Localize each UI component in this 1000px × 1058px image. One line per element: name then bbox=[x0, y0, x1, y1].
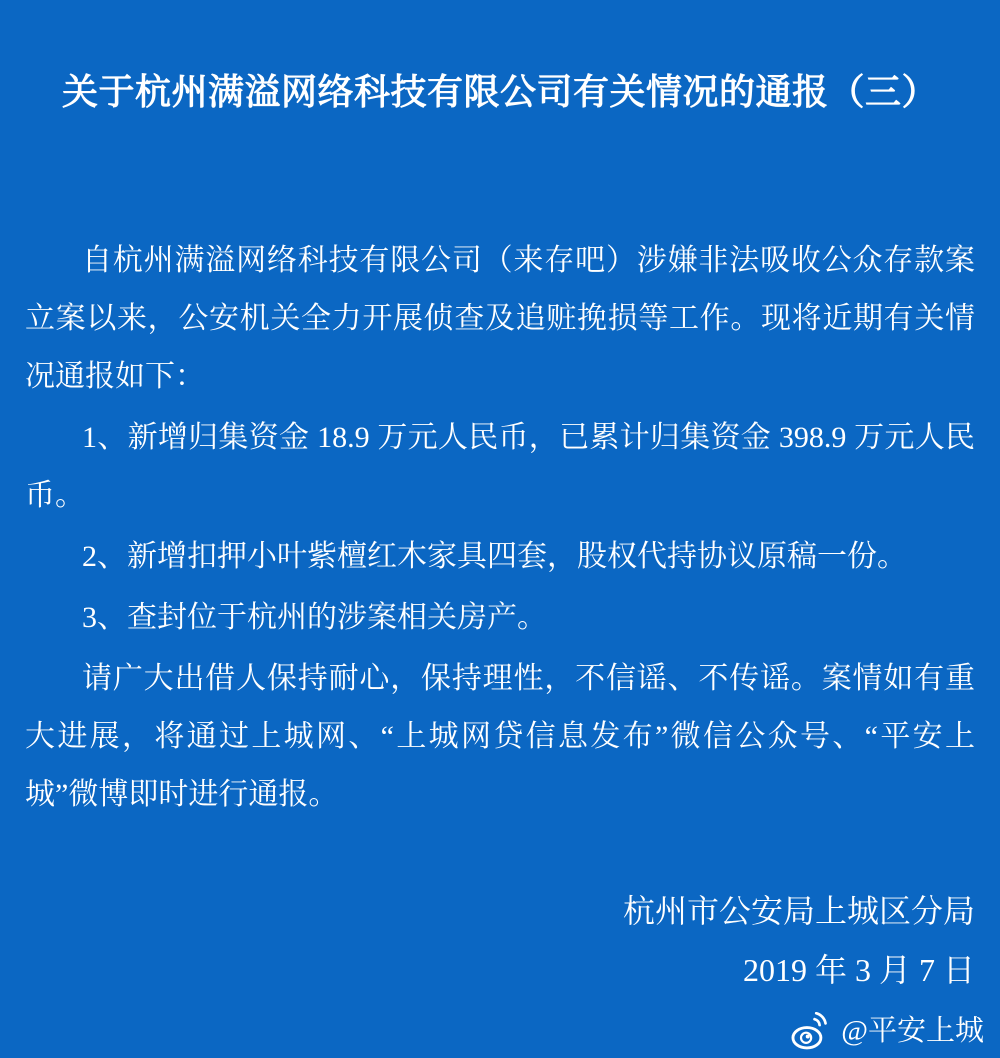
notice-list-item-3: 3、查封位于杭州的涉案相关房产。 bbox=[25, 589, 975, 647]
weibo-watermark: @平安上城 bbox=[790, 1012, 984, 1050]
notice-title: 关于杭州满溢网络科技有限公司有关情况的通报（三） bbox=[0, 0, 1000, 114]
notice-list-item-1: 1、新增归集资金 18.9 万元人民币，已累计归集资金 398.9 万元人民币。 bbox=[25, 409, 975, 525]
signature-block: 杭州市公安局上城区分局 2019 年 3 月 7 日 bbox=[25, 882, 975, 1000]
notice-page: 关于杭州满溢网络科技有限公司有关情况的通报（三） 自杭州满溢网络科技有限公司（来… bbox=[0, 0, 1000, 1058]
issuer-signature: 杭州市公安局上城区分局 bbox=[25, 882, 975, 941]
weibo-icon bbox=[790, 1012, 834, 1050]
weibo-handle: @平安上城 bbox=[841, 1012, 984, 1050]
issue-date: 2019 年 3 月 7 日 bbox=[25, 941, 975, 1000]
notice-paragraph-intro: 自杭州满溢网络科技有限公司（来存吧）涉嫌非法吸收公众存款案立案以来，公安机关全力… bbox=[25, 232, 975, 406]
notice-list-item-2: 2、新增扣押小叶紫檀红木家具四套，股权代持协议原稿一份。 bbox=[25, 528, 975, 586]
notice-body: 自杭州满溢网络科技有限公司（来存吧）涉嫌非法吸收公众存款案立案以来，公安机关全力… bbox=[25, 232, 975, 824]
notice-paragraph-closing: 请广大出借人保持耐心，保持理性，不信谣、不传谣。案情如有重大进展，将通过上城网、… bbox=[25, 650, 975, 824]
